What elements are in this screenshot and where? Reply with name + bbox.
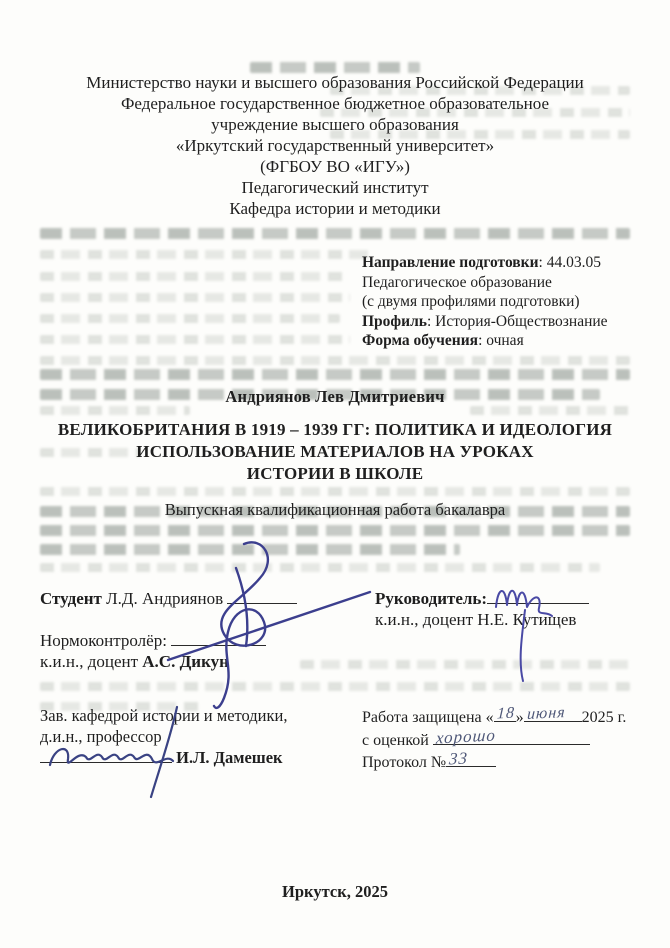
thesis-title-page: Министерство науки и высшего образования… (0, 0, 670, 948)
normcontrol-name: А.С. Дикун (142, 652, 229, 671)
program-direction: Направление подготовки: 44.03.05 (362, 253, 652, 273)
defense-grade-row: с оценкой хорошо (362, 729, 626, 752)
normcontrol-row: Нормоконтролёр: (40, 630, 266, 651)
defense-mid: » (516, 709, 524, 726)
defense-protocol-row: Протокол №33 (362, 751, 626, 774)
defense-month-line: июня (524, 706, 582, 722)
bleed-through-line (40, 356, 630, 365)
thesis-title-line: ИСПОЛЬЗОВАНИЕ МАТЕРИАЛОВ НА УРОКАХ (0, 441, 670, 463)
supervisor-label: Руководитель: (375, 589, 487, 608)
bleed-through-line (40, 228, 630, 239)
dept-head-name: И.Л. Дамешек (172, 748, 283, 767)
bleed-through-line (40, 544, 460, 555)
program-form-value: : очная (478, 332, 524, 349)
bleed-through-line (40, 682, 630, 691)
work-type: Выпускная квалификационная работа бакала… (0, 500, 670, 520)
bleed-through-line (40, 406, 190, 415)
author-name: Андриянов Лев Дмитриевич (0, 387, 670, 407)
dept-head-line2: д.и.н., профессор (40, 727, 287, 748)
bleed-through-line (40, 563, 600, 572)
dept-head-signature-line (40, 747, 172, 763)
supervisor-block: Руководитель: к.и.н., доцент Н.Е. Кутище… (375, 588, 589, 630)
dept-head-line1: Зав. кафедрой истории и методики, (40, 706, 287, 727)
normcontrol-title: к.и.н., доцент А.С. Дикун (40, 651, 266, 672)
university-header: Министерство науки и высшего образования… (0, 72, 670, 219)
normcontrol-block: Нормоконтролёр: к.и.н., доцент А.С. Дику… (40, 630, 266, 672)
program-line: Педагогическое образование (362, 273, 652, 293)
bleed-through-line (40, 525, 630, 536)
defense-suffix: 2025 г. (582, 709, 627, 726)
protocol-line: 33 (446, 751, 496, 767)
grade-handwritten: хорошо (435, 726, 496, 746)
supervisor-signature-line (487, 588, 589, 604)
protocol-handwritten: 33 (449, 749, 469, 767)
student-signature-line (227, 588, 297, 604)
bleed-through-line (40, 272, 345, 281)
header-line: Педагогический институт (0, 177, 670, 198)
bleed-through-line (40, 293, 350, 302)
student-signature-row: Студент Л.Д. Андриянов (40, 588, 297, 609)
program-direction-value: : 44.03.05 (539, 254, 601, 271)
supervisor-title: к.и.н., доцент Н.Е. Кутищев (375, 609, 589, 630)
normcontrol-label: Нормоконтролёр: (40, 631, 171, 650)
thesis-title-line: ВЕЛИКОБРИТАНИЯ В 1919 – 1939 ГГ: ПОЛИТИК… (0, 419, 670, 441)
normcontrol-prefix: к.и.н., доцент (40, 652, 142, 671)
bleed-through-line (40, 314, 340, 323)
grade-label: с оценкой (362, 732, 433, 749)
defense-day-handwritten: 18 (496, 705, 515, 722)
protocol-label: Протокол № (362, 754, 446, 771)
defense-day-line: 18 (494, 706, 516, 722)
department-head-block: Зав. кафедрой истории и методики, д.и.н.… (40, 706, 287, 769)
thesis-title-line: ИСТОРИИ В ШКОЛЕ (0, 463, 670, 485)
program-line: (с двумя профилями подготовки) (362, 292, 652, 312)
header-line: «Иркутский государственный университет» (0, 135, 670, 156)
defense-prefix: Работа защищена « (362, 709, 494, 726)
header-line: (ФГБОУ ВО «ИГУ») (0, 156, 670, 177)
defense-month-handwritten: июня (526, 705, 565, 723)
bleed-through-line (40, 369, 630, 380)
header-line: Федеральное государственное бюджетное об… (0, 93, 670, 114)
thesis-title: ВЕЛИКОБРИТАНИЯ В 1919 – 1939 ГГ: ПОЛИТИК… (0, 419, 670, 485)
bleed-through-line (470, 406, 630, 415)
student-label: Студент (40, 589, 102, 608)
program-profile-label: Профиль (362, 313, 427, 330)
grade-line: хорошо (433, 729, 590, 745)
student-name: Л.Д. Андриянов (102, 589, 227, 608)
header-line: Министерство науки и высшего образования… (0, 72, 670, 93)
bleed-through-line (40, 250, 370, 259)
defense-info-block: Работа защищена «18»июня2025 г. с оценко… (362, 706, 626, 774)
header-line: Кафедра истории и методики (0, 198, 670, 219)
program-form-label: Форма обучения (362, 332, 478, 349)
program-form: Форма обучения: очная (362, 331, 652, 351)
normcontrol-signature-line (171, 630, 266, 646)
supervisor-row: Руководитель: (375, 588, 589, 609)
program-direction-label: Направление подготовки (362, 254, 539, 271)
header-line: учреждение высшего образования (0, 114, 670, 135)
bleed-through-line (40, 335, 350, 344)
city-year: Иркутск, 2025 (0, 882, 670, 902)
bleed-through-line (300, 660, 630, 669)
program-info: Направление подготовки: 44.03.05 Педагог… (362, 253, 652, 351)
bleed-through-line (40, 487, 630, 496)
program-profile: Профиль: История-Обществознание (362, 312, 652, 332)
program-profile-value: : История-Обществознание (427, 313, 608, 330)
dept-head-signature-row: И.Л. Дамешек (40, 747, 287, 769)
